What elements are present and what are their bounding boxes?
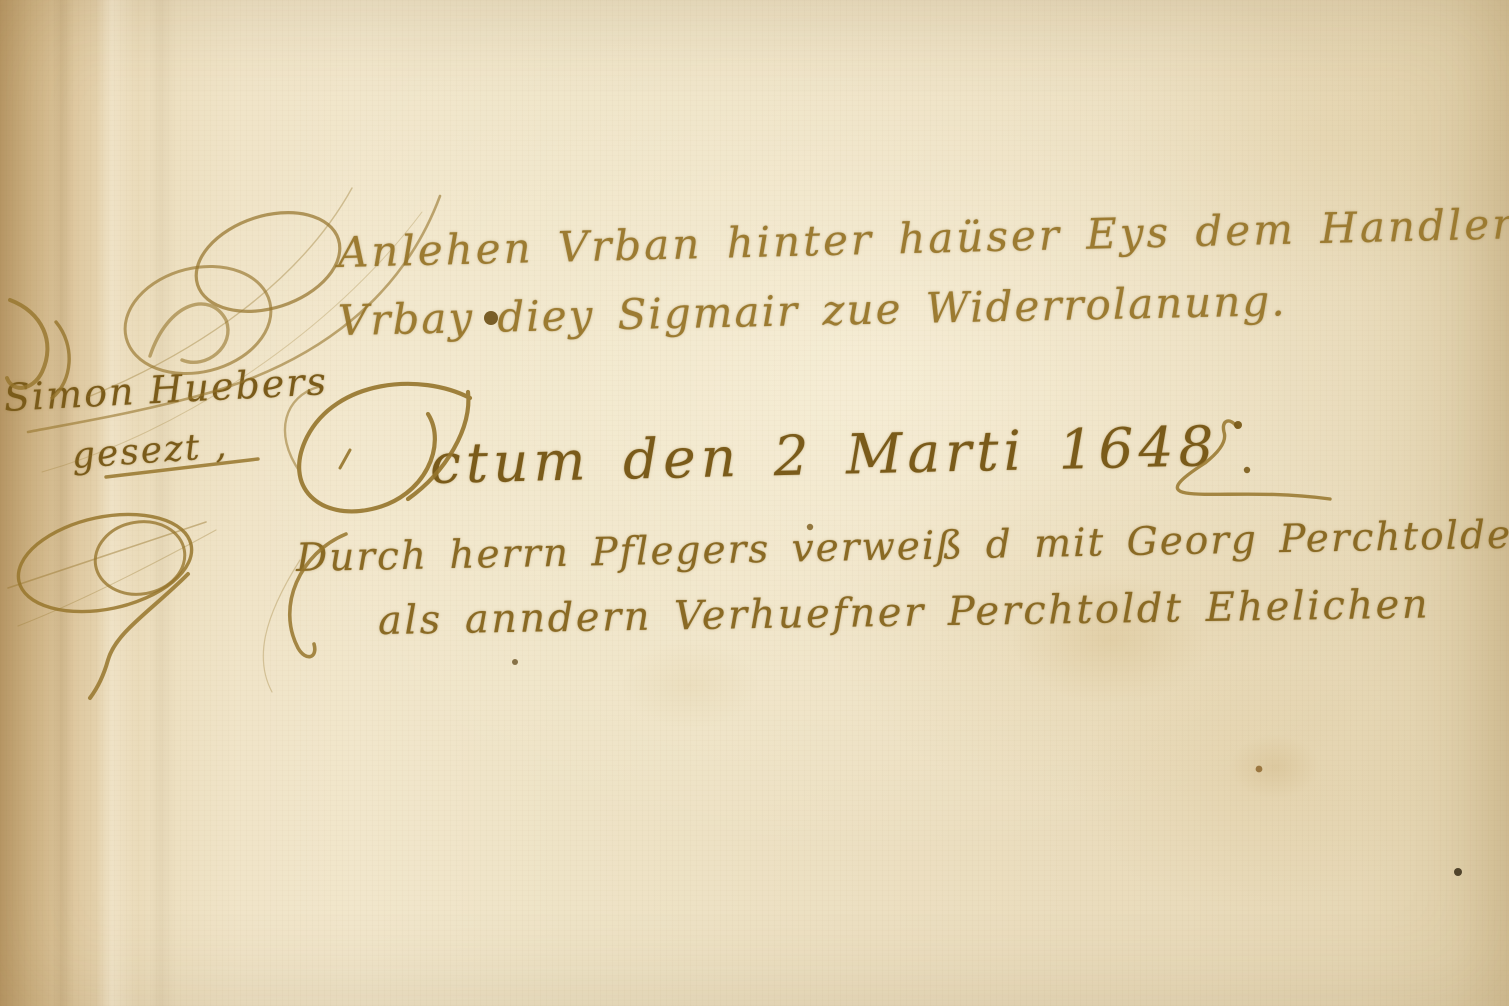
margin-note-line-2: gesezt ,	[71, 425, 230, 477]
date-line: ctum den 2 Marti 1648	[429, 414, 1219, 496]
page-curl-shading	[0, 0, 180, 1006]
paper-texture	[0, 0, 1509, 1006]
header-line-1: Anlehen Vrban hinter haüser Eys dem Hand…	[337, 197, 1509, 277]
manuscript-page: Anlehen Vrban hinter haüser Eys dem Hand…	[0, 0, 1509, 1006]
paper-stain	[1230, 735, 1320, 799]
calligraphic-flourishes	[0, 0, 1509, 1006]
body-line-2: als anndern Verhuefner Perchtoldt Ehelic…	[378, 581, 1431, 644]
notary-paraph	[8, 500, 216, 698]
paper-stain	[620, 640, 760, 730]
header-line-2: Vrbay diey Sigmair zue Widerrolanung.	[337, 276, 1287, 345]
margin-note-line-1: Simon Huebers	[3, 359, 329, 420]
body-line-1: Durch herrn Pflegers verweiß d mit Georg…	[296, 512, 1509, 581]
date-initial: A	[0, 0, 1, 1]
